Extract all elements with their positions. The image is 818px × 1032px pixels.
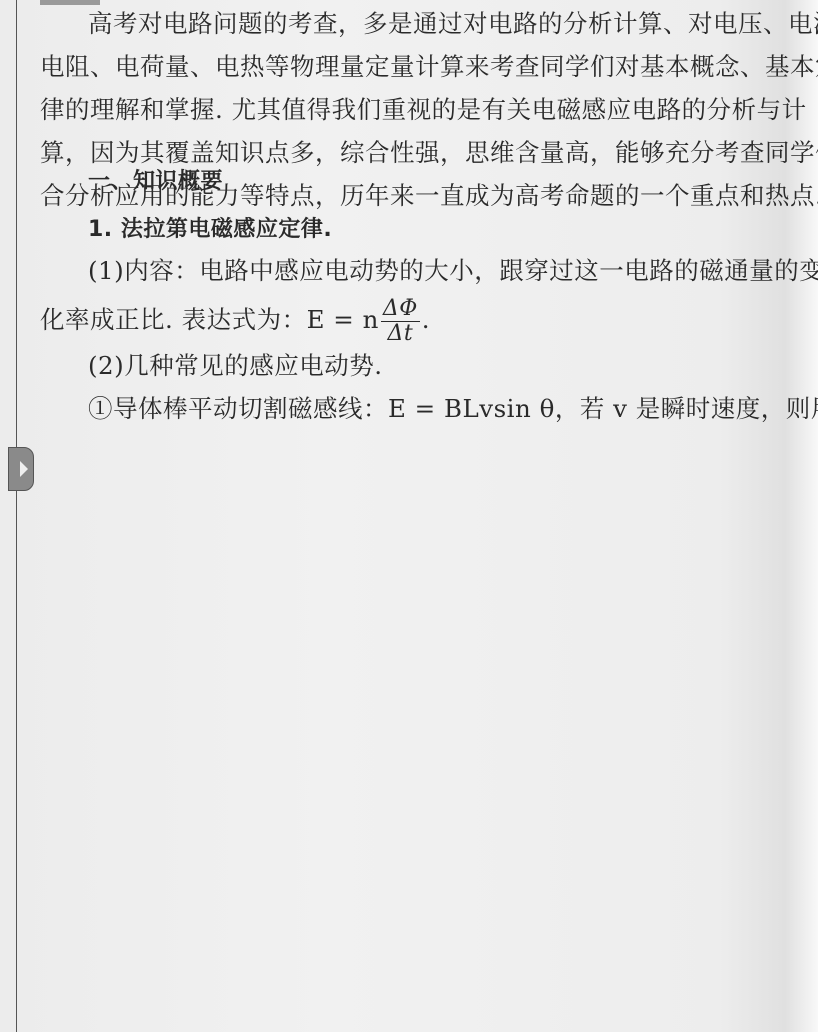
margin-rule	[16, 0, 17, 1032]
page-tab-arrow-icon	[8, 447, 34, 491]
intro-line: 高考对电路问题的考查，多是通过对电路的分析计算、对电压、电流、	[88, 2, 818, 46]
item1-p2: (2)几种常见的感应电动势.	[88, 344, 383, 388]
item1-heading: 1. 法拉第电磁感应定律.	[88, 206, 332, 250]
formula-prefix: 化率成正比. 表达式为：E = n	[40, 305, 379, 334]
item1-c1-line1: ①导体棒平动切割磁感线：E = BLvsin θ，若 v 是瞬时速度，则用于求	[88, 387, 818, 431]
fraction-dphi-dt: ΔΦΔt	[381, 297, 420, 346]
intro-line: 电阻、电荷量、电热等物理量定量计算来考查同学们对基本概念、基本定	[40, 45, 818, 89]
section-heading-text: 一、知识概要	[88, 169, 223, 194]
scanned-page: 高考对电路问题的考查，多是通过对电路的分析计算、对电压、电流、 电阻、电荷量、电…	[0, 0, 818, 1032]
fraction-denominator: Δt	[381, 322, 420, 346]
intro-line: 律的理解和掌握. 尤其值得我们重视的是有关电磁感应电路的分析与计	[40, 88, 807, 132]
section-heading: 一、知识概要	[88, 160, 223, 204]
fraction-numerator: ΔΦ	[381, 297, 420, 322]
formula-suffix: .	[422, 305, 430, 334]
item1-formula-line: 化率成正比. 表达式为：E = nΔΦΔt.	[40, 297, 430, 341]
item1-heading-text: 1. 法拉第电磁感应定律.	[88, 217, 332, 242]
item1-p1-line1: (1)内容：电路中感应电动势的大小，跟穿过这一电路的磁通量的变	[88, 249, 818, 293]
